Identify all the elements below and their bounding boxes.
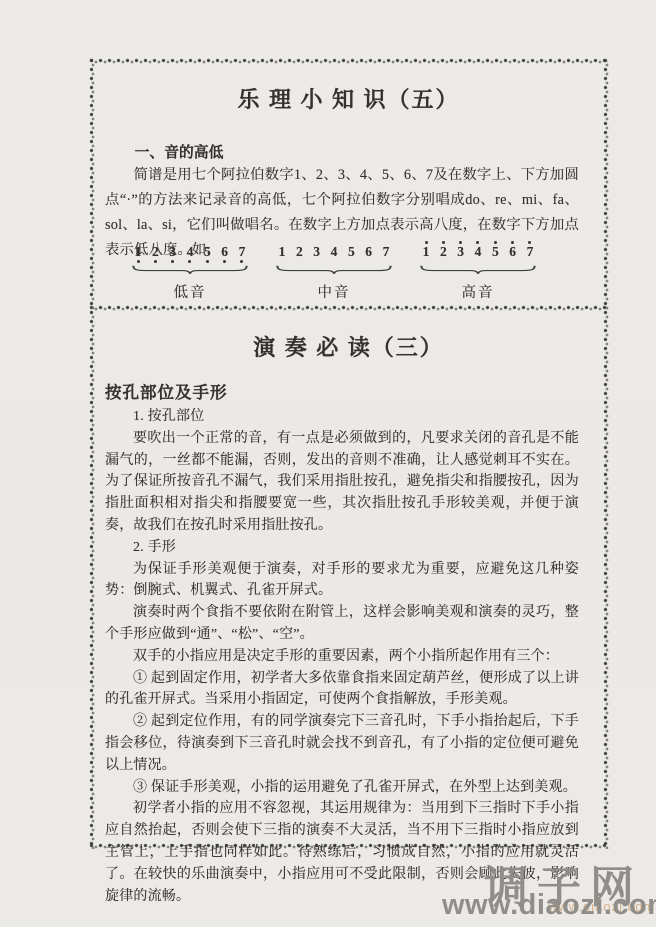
paragraph: 演奏时两个食指不要依附在附管上，这样会影响美观和演奏的灵巧，整个手形应做到“通”… bbox=[105, 602, 579, 646]
section2-body: 1. 按孔部位 要吹出一个正常的音，有一点是必须做到的，凡要求关闭的音孔是不能漏… bbox=[105, 406, 579, 907]
paragraph: 双手的小指应用是决定手形的重要因素，两个小指所起作用有三个： bbox=[105, 646, 579, 668]
section1-heading: 一、音的高低 bbox=[105, 141, 579, 162]
octave-dot-below bbox=[188, 260, 191, 263]
list-item-heading: 2. 手形 bbox=[105, 537, 579, 559]
notation-group: 1234567中音 bbox=[275, 240, 393, 302]
paragraph: 为保证手形美观便于演奏，对手形的要求尤为重要，应避免这几种姿势：倒腕式、机翼式、… bbox=[105, 559, 579, 603]
octave-dot-below bbox=[223, 260, 226, 263]
notation-number: 4 bbox=[183, 240, 197, 264]
section2-title: 演 奏 必 读（三） bbox=[89, 331, 608, 362]
scanned-page: 乐 理 小 知 识（五） 一、音的高低 简谱是用七个阿拉伯数字1、2、3、4、5… bbox=[0, 0, 656, 927]
notation-number: 5 bbox=[344, 240, 358, 264]
notation-groups: 1234567低音1234567中音1234567高音 bbox=[105, 240, 579, 302]
list-item-heading: 1. 按孔部位 bbox=[105, 406, 579, 428]
notation-number: 6 bbox=[506, 240, 520, 264]
notation-number: 7 bbox=[379, 240, 393, 264]
underbrace bbox=[419, 265, 537, 274]
notation-number: 5 bbox=[200, 240, 214, 264]
watermark-site-url: www.diaozi.com bbox=[442, 889, 656, 922]
notation-number: 1 bbox=[275, 240, 289, 264]
paragraph: 要吹出一个正常的音，有一点是必须做到的，凡要求关闭的音孔是不能漏气的，一丝都不能… bbox=[105, 428, 579, 537]
octave-dot-below bbox=[171, 260, 174, 263]
octave-dot-below bbox=[240, 260, 243, 263]
notation-number: 6 bbox=[218, 240, 232, 264]
notation-number: 3 bbox=[454, 240, 468, 264]
numbered-point: ① 起到固定作用，初学者大多依靠食指来固定葫芦丝，便形成了以上讲的孔雀开屏式。当… bbox=[105, 668, 579, 712]
notation-number: 3 bbox=[166, 240, 180, 264]
numbered-point: ③ 保证手形美观，小指的运用避免了孔雀开屏式，在外型上达到美观。 bbox=[105, 777, 579, 799]
notation-number: 7 bbox=[523, 240, 537, 264]
notation-number: 4 bbox=[471, 240, 485, 264]
notation-number: 1 bbox=[419, 240, 433, 264]
octave-label: 高音 bbox=[419, 281, 537, 302]
underbrace bbox=[131, 265, 249, 274]
section2-subheading: 按孔部位及手形 bbox=[105, 379, 579, 403]
octave-label: 低音 bbox=[131, 281, 249, 302]
octave-dot-below bbox=[154, 260, 157, 263]
underbrace bbox=[275, 265, 393, 274]
notation-number: 7 bbox=[235, 240, 249, 264]
notation-number: 1 bbox=[131, 240, 145, 264]
notation-number: 2 bbox=[148, 240, 162, 264]
notation-number: 5 bbox=[488, 240, 502, 264]
notation-group: 1234567低音 bbox=[131, 240, 249, 302]
octave-label: 中音 bbox=[275, 281, 393, 302]
octave-dot-below bbox=[206, 260, 209, 263]
frame-border-left bbox=[89, 58, 95, 849]
notation-number: 3 bbox=[310, 240, 324, 264]
frame-border-right bbox=[603, 58, 609, 849]
notation-group: 1234567高音 bbox=[419, 240, 537, 302]
notation-number: 6 bbox=[362, 240, 376, 264]
notation-number: 2 bbox=[436, 240, 450, 264]
numbered-point: ② 起到定位作用，有的同学演奏完下三音孔时，下手小指抬起后，下手指会移位，待演奏… bbox=[105, 711, 579, 776]
frame-border-divider bbox=[89, 305, 608, 311]
frame-border-top bbox=[89, 58, 608, 64]
notation-number: 4 bbox=[327, 240, 341, 264]
octave-dot-below bbox=[137, 260, 140, 263]
section1-title: 乐 理 小 知 识（五） bbox=[89, 83, 608, 114]
notation-number: 2 bbox=[292, 240, 306, 264]
